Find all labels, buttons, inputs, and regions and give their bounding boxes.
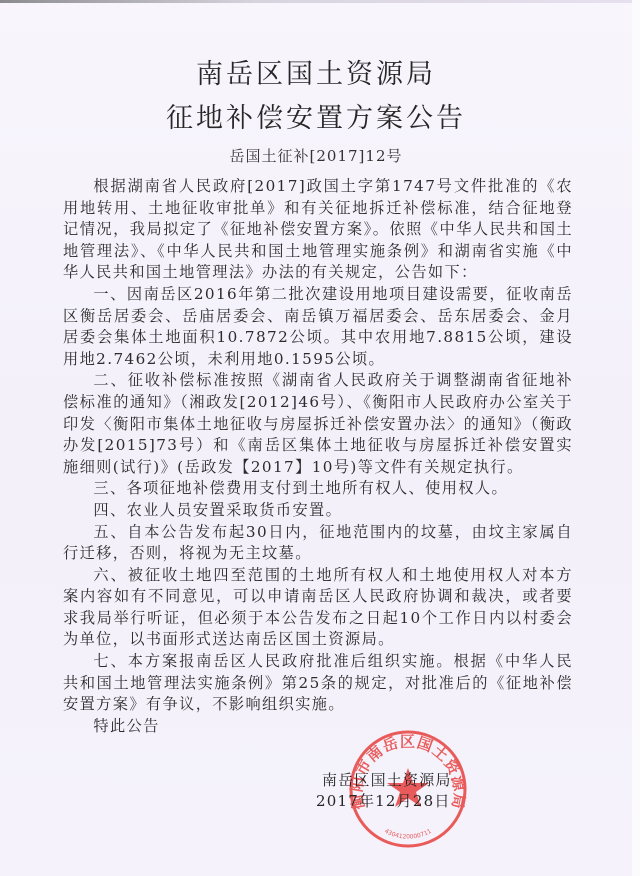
scan-right-margin: [632, 0, 640, 876]
paragraph-item-5: 五、自本公告发布起30日内，征地范围内的坟墓，由坟主家属自行迁移，否则，将视为无…: [63, 522, 573, 565]
paragraph-item-3: 三、各项征地补偿费用支付到土地所有权人、使用权人。: [63, 478, 573, 500]
paragraph-preamble: 根据湖南省人民政府[2017]政国土字第1747号文件批准的《农用地转用、土地征…: [63, 176, 573, 284]
paragraph-item-2: 二、征收补偿标准按照《湖南省人民政府关于调整湖南省征地补偿标准的通知》（湘政发[…: [63, 370, 573, 478]
signature-date: 2017年12月28日: [316, 791, 452, 812]
paragraph-item-7: 七、本方案报南岳区人民政府批准后组织实施。根据《中华人民共和国土地管理法实施条例…: [63, 651, 573, 716]
document-body: 根据湖南省人民政府[2017]政国土字第1747号文件批准的《农用地转用、土地征…: [63, 176, 573, 737]
paragraph-item-4: 四、农业人员安置采取货币安置。: [63, 500, 573, 522]
signature-organization: 南岳区国土资源局: [322, 770, 452, 791]
svg-text:4304120000711: 4304120000711: [383, 828, 433, 841]
document-title-subject: 征地补偿安置方案公告: [0, 96, 632, 135]
paragraph-closing: 特此公告: [63, 716, 573, 738]
signature-block: 南岳区国土资源局 2017年12月28日: [322, 770, 452, 812]
scan-top-edge: [0, 0, 640, 3]
document-number: 岳国土征补[2017]12号: [0, 145, 632, 166]
paragraph-item-1: 一、因南岳区2016年第二批次建设用地项目建设需要，征收南岳区衡岳居委会、岳庙居…: [63, 284, 573, 370]
paragraph-item-6: 六、被征收土地四至范围的土地所有权人和土地使用权人对本方案内容如有不同意见，可以…: [63, 565, 573, 651]
document-title-organization: 南岳区国土资源局: [0, 52, 632, 91]
